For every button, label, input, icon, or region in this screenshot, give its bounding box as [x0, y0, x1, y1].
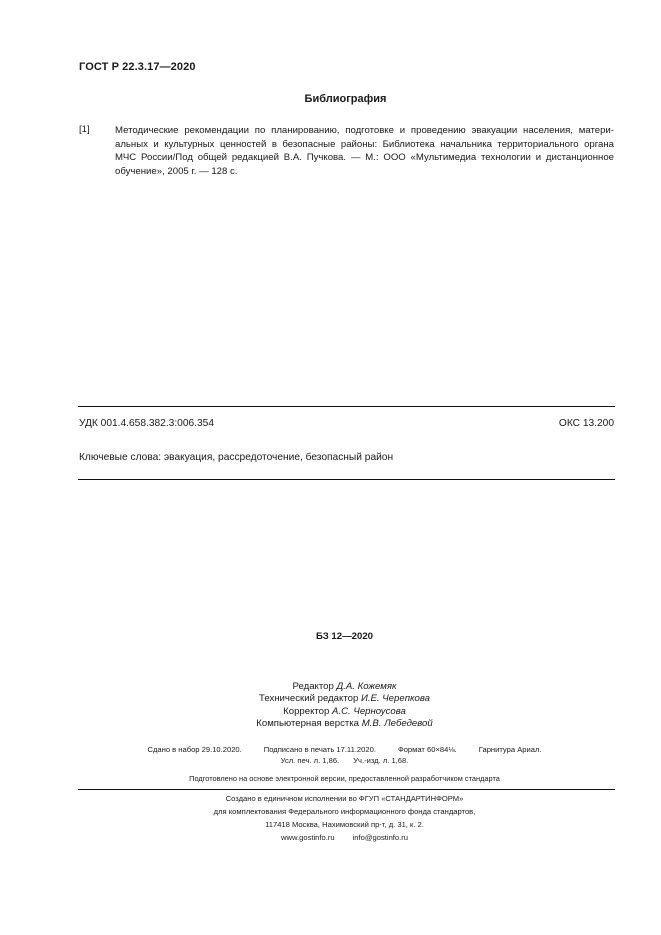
- publisher-contacts: www.gostinfo.ruinfo@gostinfo.ru: [28, 831, 661, 844]
- credit-technical-editor: Технический редактор И.Е. Черепкова: [28, 693, 661, 705]
- publisher-website[interactable]: www.gostinfo.ru: [281, 833, 335, 842]
- imprint-line-2: Усл. печ. л. 1,86.Уч.-изд. л. 1,68.: [28, 755, 661, 766]
- credit-editor: Редактор Д.А. Кожемяк: [28, 681, 661, 693]
- divider-top: [78, 406, 615, 407]
- publisher-line-2: для комплектования Федерального информац…: [28, 805, 661, 818]
- bibliography-line: обучение», 2005 г. — 128 с.: [115, 165, 614, 179]
- prepared-note: Подготовлено на основе электронной верси…: [0, 774, 661, 783]
- document-code: ГОСТ Р 22.3.17—2020: [79, 61, 196, 73]
- publisher-address: 117418 Москва, Нахимовский пр-т, д. 31, …: [28, 818, 661, 831]
- bibliography-line: Методические рекомендации по планировани…: [115, 124, 614, 138]
- bibliography-entry-number: [1]: [79, 124, 90, 135]
- credits: Редактор Д.А. Кожемяк Технический редакт…: [0, 681, 661, 731]
- bz-number: БЗ 12—2020: [0, 631, 661, 642]
- publisher-info: Создано в единичном исполнении во ФГУП «…: [0, 792, 661, 844]
- imprint: Сдано в набор 29.10.2020.Подписано в печ…: [0, 744, 661, 766]
- divider-bottom: [78, 479, 615, 480]
- imprint-line-1: Сдано в набор 29.10.2020.Подписано в печ…: [28, 744, 661, 755]
- section-title: Библиография: [0, 93, 661, 105]
- publisher-email[interactable]: info@gostinfo.ru: [353, 833, 408, 842]
- keywords: Ключевые слова: эвакуация, рассредоточен…: [79, 452, 393, 463]
- udk-code: УДК 001.4.658.382.3:006.354: [79, 418, 214, 429]
- credit-layout: Компьютерная верстка М.В. Лебедевой: [28, 718, 661, 730]
- bibliography-line: альных и культурных ценностей в безопасн…: [115, 138, 614, 152]
- oks-code: ОКС 13.200: [559, 418, 614, 429]
- bibliography-entry-text: Методические рекомендации по планировани…: [115, 124, 614, 178]
- bibliography-line: МЧС России/Под общей редакцией В.А. Пучк…: [115, 151, 614, 165]
- credit-proofreader: Корректор А.С. Черноусова: [28, 706, 661, 718]
- publisher-line-1: Создано в единичном исполнении во ФГУП «…: [28, 792, 661, 805]
- divider-publisher: [78, 789, 615, 790]
